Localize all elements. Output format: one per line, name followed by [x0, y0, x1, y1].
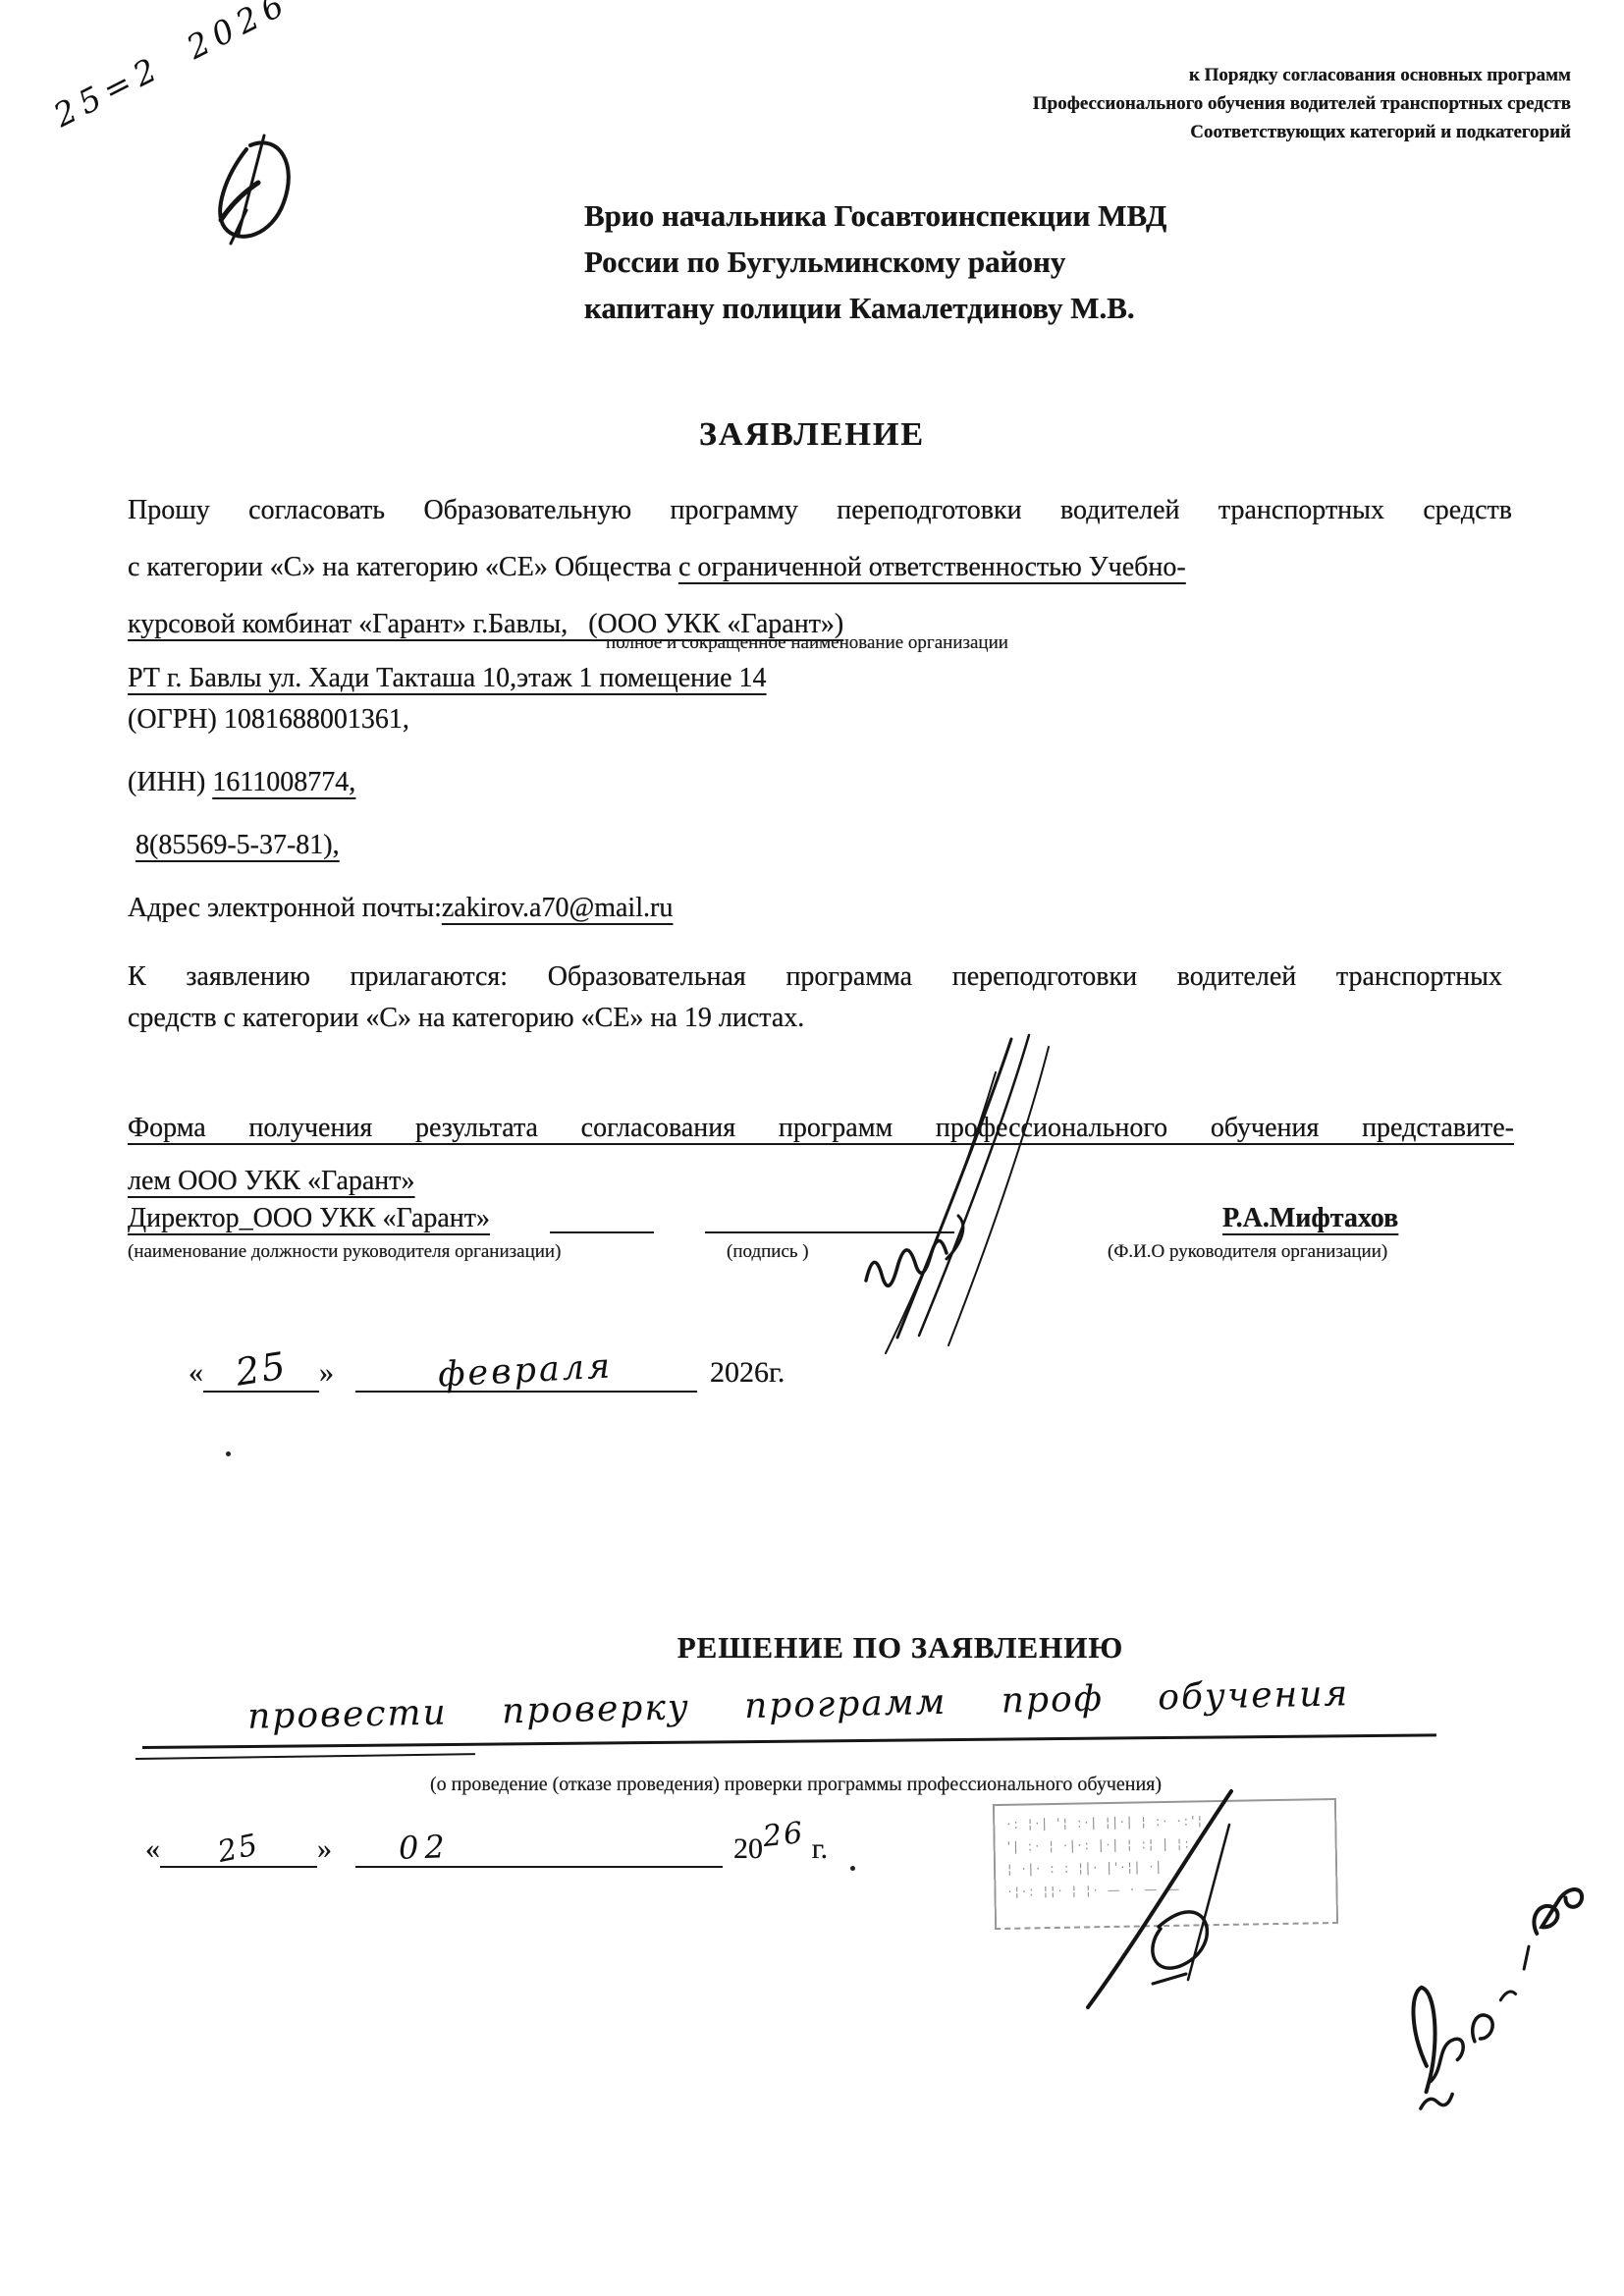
date1-month-handwritten: февраля: [437, 1346, 614, 1394]
attachments-line-2: средств с категории «С» на категорию «СЕ…: [128, 1002, 804, 1035]
email-line: Адрес электронной почты:zakirov.a70@mail…: [128, 892, 673, 925]
date2-close-quote: »: [317, 1832, 332, 1865]
decision-handwritten-text: провести проверку программ проф обучения: [247, 1673, 1350, 1736]
date1-open-quote: «: [189, 1356, 203, 1389]
email-value: zakirov.a70@mail.ru: [442, 893, 673, 923]
date2-year-prefix: 20: [733, 1832, 763, 1865]
caption-position: (наименование должности руководителя орг…: [128, 1241, 561, 1263]
signer-name: Р.А.Мифтахов: [1222, 1202, 1398, 1235]
request-line-2-underlined: с ограниченной ответственностью Учебно-: [678, 552, 1186, 582]
handwritten-registration-scribble: [1375, 1863, 1624, 2118]
attachments-line-1: К заявлению прилагаются: Образовательная…: [128, 960, 1502, 994]
result-form-line-1: Форма получения результата согласования …: [128, 1112, 1514, 1145]
date2-month-handwritten: 02: [398, 1828, 451, 1867]
date1-month-slot: февраля: [355, 1351, 697, 1393]
decision-answer-line-2: [135, 1753, 475, 1760]
scanned-application-document: 25=2 2026 к Порядку согласования основны…: [0, 0, 1624, 2296]
date2-day-slot: 25: [160, 1831, 317, 1868]
decision-title: РЕШЕНИЕ ПО ЗАЯВЛЕНИЮ: [177, 1630, 1624, 1666]
stamp-signature: [1043, 1774, 1278, 2009]
phone-value: 8(85569-5-37-81),: [135, 830, 340, 860]
position-extra-line: [550, 1231, 654, 1233]
director-signature: [846, 1033, 1111, 1357]
scan-speck-2: [850, 1866, 855, 1871]
signer-name-text: Р.А.Мифтахов: [1222, 1203, 1398, 1233]
corner-signature-scribble: [182, 126, 309, 253]
decision-answer-line: [142, 1733, 1436, 1749]
date1-day-handwritten: 25: [233, 1343, 291, 1394]
request-line-1: Прошу согласовать Образовательную програ…: [128, 494, 1512, 527]
inn-line: (ИНН) 1611008774,: [128, 766, 355, 799]
result-form-line-2-text: лем ООО УКК «Гарант»: [128, 1166, 415, 1196]
ogrn-label: (ОГРН): [128, 704, 224, 735]
header-ref-line-1: к Порядку согласования основных программ: [1033, 61, 1571, 89]
date-line-1: «25» февраля 2026г.: [189, 1347, 785, 1393]
inn-value: 1611008774,: [212, 767, 355, 797]
ogrn-value: 1081688001361,: [224, 704, 409, 735]
date1-year: 2026г.: [710, 1356, 785, 1389]
request-line-2: с категории «С» на категорию «СЕ» Общест…: [128, 551, 1186, 584]
organization-address-text: РТ г. Бавлы ул. Хади Такташа 10,этаж 1 п…: [128, 663, 767, 693]
email-label: Адрес электронной почты:: [128, 893, 442, 923]
date-line-2: «25» 02 2026 г.: [145, 1829, 828, 1868]
date2-open-quote: «: [145, 1832, 160, 1865]
date1-day-slot: 25: [203, 1347, 319, 1393]
addressee-line-1: Врио начальника Госавтоинспекции МВД: [584, 192, 1166, 239]
header-reference-block: к Порядку согласования основных программ…: [1033, 61, 1571, 146]
date2-month-slot: 02: [355, 1829, 723, 1868]
inn-label: (ИНН): [128, 767, 212, 797]
date2-year-handwritten: 26: [761, 1816, 806, 1854]
header-ref-line-3: Соответствующих категорий и подкатегорий: [1033, 118, 1571, 146]
date1-close-quote: »: [319, 1356, 334, 1389]
document-title: ЗАЯВЛЕНИЕ: [0, 416, 1624, 454]
organization-address-line: РТ г. Бавлы ул. Хади Такташа 10,этаж 1 п…: [128, 662, 767, 695]
caption-signature: (подпись ): [727, 1241, 809, 1263]
addressee-block: Врио начальника Госавтоинспекции МВД Рос…: [584, 192, 1166, 331]
request-line-2-plain: с категории «С» на категорию «СЕ» Общест…: [128, 552, 678, 582]
handwritten-corner-date-note: 25=2 2026: [47, 0, 296, 135]
scan-speck: [226, 1451, 231, 1456]
phone-line: 8(85569-5-37-81),: [135, 829, 340, 862]
header-ref-line-2: Профессионального обучения водителей тра…: [1033, 89, 1571, 118]
organization-name-caption: полное и сокращенное наименование органи…: [536, 632, 1078, 654]
date2-day-handwritten: 25: [215, 1828, 263, 1870]
ogrn-line: (ОГРН) 1081688001361,: [128, 703, 409, 737]
date2-year-g: г.: [812, 1832, 828, 1865]
addressee-line-3: капитану полиции Камалетдинову М.В.: [584, 285, 1166, 331]
signer-position-text: Директор_ООО УКК «Гарант»: [128, 1203, 490, 1233]
result-form-line-2: лем ООО УКК «Гарант»: [128, 1165, 415, 1198]
caption-name: (Ф.И.О руководителя организации): [1108, 1241, 1387, 1263]
addressee-line-2: России по Бугульминскому району: [584, 239, 1166, 285]
signer-position: Директор_ООО УКК «Гарант»: [128, 1202, 490, 1235]
